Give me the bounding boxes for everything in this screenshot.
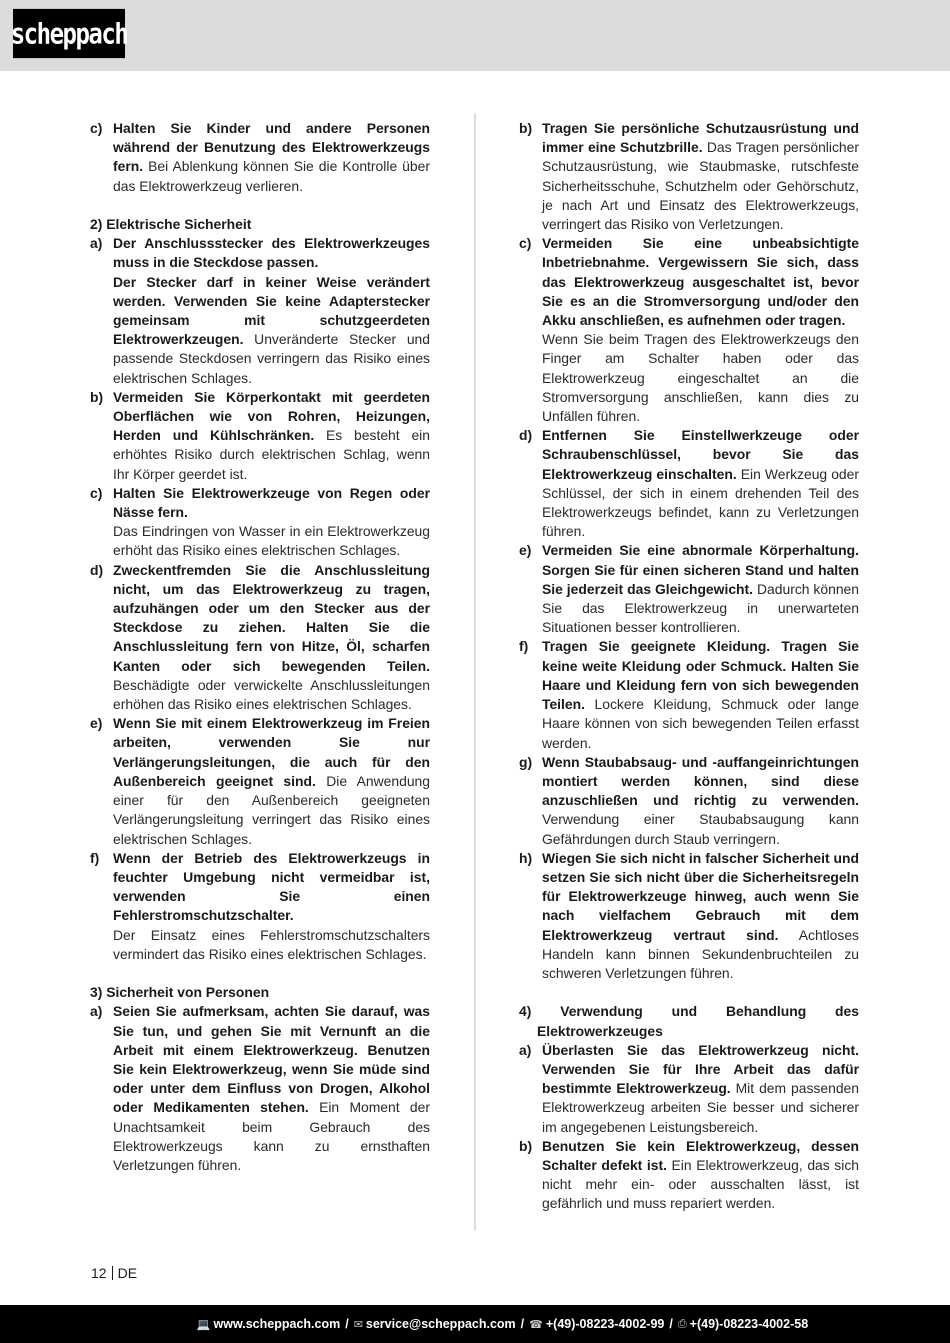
item-marker: g) — [519, 753, 542, 849]
page-language: DE — [118, 1265, 137, 1281]
contact-bar: 💻 www.scheppach.com / ✉ service@scheppac… — [0, 1305, 950, 1343]
item-marker: b) — [519, 119, 542, 234]
item-text: Lockere Kleidung, Schmuck oder lange Haa… — [542, 696, 859, 750]
page-number-value: 12 — [91, 1265, 107, 1281]
separator: / — [669, 1317, 672, 1331]
website-link[interactable]: www.scheppach.com — [214, 1317, 341, 1331]
item-bold-text: Vermeiden Sie eine unbeabsichtigte Inbet… — [542, 234, 859, 330]
section-title-personal-safety: 3) Sicherheit von Personen — [90, 983, 430, 1002]
list-item: d) Entfernen Sie Einstellwerkzeuge oder … — [519, 426, 859, 541]
telephone-icon: ☎ — [529, 1318, 543, 1331]
list-item: e) Wenn Sie mit einem Elektrowerkzeug im… — [90, 714, 430, 848]
column-divider — [474, 113, 476, 1230]
list-item: b) Benutzen Sie kein Elektrowerkzeug, de… — [519, 1137, 859, 1214]
item-text: Das Eindringen von Wasser in ein Elektro… — [113, 523, 430, 558]
item-bold-text: Wenn Staubabsaug- und -auffangeinrichtun… — [542, 754, 859, 808]
item-text: Beschädigte oder verwickelte Anschlussle… — [113, 677, 430, 712]
list-item: b) Vermeiden Sie Körperkontakt mit geerd… — [90, 388, 430, 484]
item-marker: b) — [519, 1137, 542, 1214]
item-text: Wenn Sie beim Tragen des Elektrowerkzeug… — [542, 331, 859, 424]
item-marker: h) — [519, 849, 542, 983]
item-marker: c) — [90, 119, 113, 196]
phone-number: +(49)-08223-4002-99 — [546, 1317, 665, 1331]
list-item: d) Zweckentfremden Sie die Anschlussleit… — [90, 561, 430, 715]
list-item: a) Der Anschlussstecker des Elektrowerkz… — [90, 234, 430, 388]
item-text: Verwendung einer Staubabsaugung kann Gef… — [542, 811, 859, 846]
item-text: Der Einsatz eines Fehlerstromschutzschal… — [113, 927, 430, 962]
item-marker: e) — [519, 541, 542, 637]
list-item: f) Tragen Sie geeignete Kleidung. Tragen… — [519, 637, 859, 752]
item-marker: d) — [519, 426, 542, 541]
item-marker: e) — [90, 714, 113, 848]
item-marker: c) — [519, 234, 542, 426]
email-link[interactable]: service@scheppach.com — [366, 1317, 516, 1331]
item-bold-text: Wenn der Betrieb des Elektrowerkzeugs in… — [113, 849, 430, 926]
list-item: h) Wiegen Sie sich nicht in falscher Sic… — [519, 849, 859, 983]
item-marker: f) — [90, 849, 113, 964]
fax-icon: ⎙ — [678, 1318, 687, 1331]
item-marker: a) — [90, 234, 113, 388]
right-column: b) Tragen Sie persönliche Schutzausrüstu… — [519, 119, 859, 1214]
item-text: Bei Ablenkung können Sie die Kontrolle ü… — [113, 158, 430, 193]
item-bold-text: Zweckentfremden Sie die Anschlussleitung… — [113, 562, 430, 674]
item-bold-text: Halten Sie Elektrowerkzeuge von Regen od… — [113, 484, 430, 522]
fax-number: +(49)-08223-4002-58 — [690, 1317, 809, 1331]
list-item: f) Wenn der Betrieb des Elektrowerkzeugs… — [90, 849, 430, 964]
item-marker: d) — [90, 561, 113, 715]
list-item: c) Halten Sie Elektrowerkzeuge von Regen… — [90, 484, 430, 561]
list-item: a) Überlasten Sie das Elektrowerkzeug ni… — [519, 1041, 859, 1137]
computer-icon: 💻 — [197, 1318, 211, 1331]
list-item: a) Seien Sie aufmerksam, achten Sie dara… — [90, 1002, 430, 1175]
scheppach-logo: scheppach — [13, 9, 125, 58]
list-item: b) Tragen Sie persönliche Schutzausrüstu… — [519, 119, 859, 234]
separator: / — [521, 1317, 524, 1331]
section-title-tool-use: 4) Verwendung und Behandlung des Elektro… — [519, 1002, 859, 1040]
item-marker: a) — [90, 1002, 113, 1175]
page-number: 12DE — [91, 1265, 137, 1281]
item-bold-text: Der Anschlussstecker des Elektrowerkzeug… — [113, 234, 430, 272]
list-item: e) Vermeiden Sie eine abnormale Körperha… — [519, 541, 859, 637]
list-item: c) Vermeiden Sie eine unbeabsichtigte In… — [519, 234, 859, 426]
item-marker: f) — [519, 637, 542, 752]
mail-icon: ✉ — [354, 1318, 363, 1331]
list-item: c) Halten Sie Kinder und andere Personen… — [90, 119, 430, 196]
item-marker: a) — [519, 1041, 542, 1137]
page-number-separator — [112, 1266, 113, 1280]
item-marker: b) — [90, 388, 113, 484]
section-title-electrical-safety: 2) Elektrische Sicherheit — [90, 215, 430, 234]
item-marker: c) — [90, 484, 113, 561]
separator: / — [345, 1317, 348, 1331]
list-item: g) Wenn Staubabsaug- und -auffangeinrich… — [519, 753, 859, 849]
left-column: c) Halten Sie Kinder und andere Personen… — [90, 119, 430, 1175]
header-band: scheppach — [0, 0, 950, 71]
